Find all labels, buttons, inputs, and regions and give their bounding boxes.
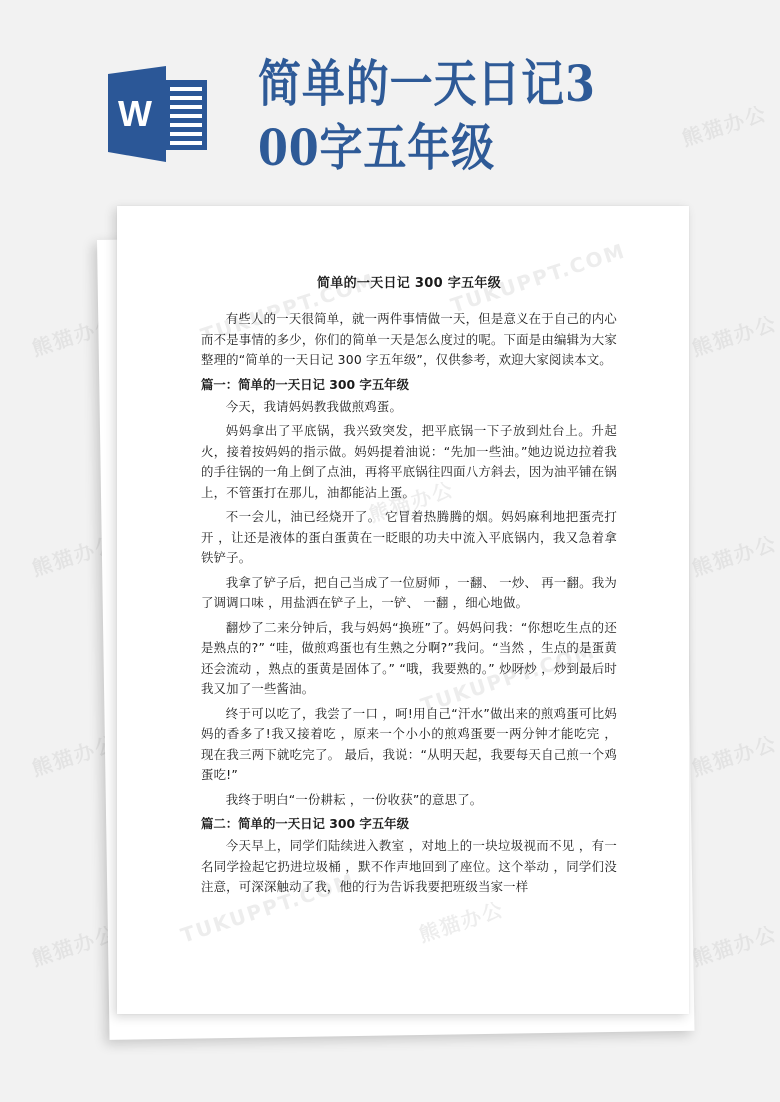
paragraph: 我终于明白“一份耕耘 ，一份收获”的意思了。	[201, 790, 617, 811]
paragraph: 今天早上，同学们陆续进入教室 ，对地上的一块垃圾视而不见 ，有一名同学捡起它扔进…	[201, 836, 617, 898]
section-heading: 篇二：简单的一天日记 300 字五年级	[201, 814, 617, 834]
svg-text:W: W	[118, 93, 152, 134]
section-heading: 篇一：简单的一天日记 300 字五年级	[201, 375, 617, 395]
paragraph: 终于可以吃了，我尝了一口 ，呵!用自己“汗水”做出来的煎鸡蛋可比妈妈的香多了!我…	[201, 704, 617, 786]
banner-title: 简单的一天日记300字五年级	[258, 52, 619, 180]
watermark: 熊猫办公	[688, 307, 780, 362]
watermark: 熊猫办公	[678, 97, 771, 152]
document-body: 简单的一天日记 300 字五年级 有些人的一天很简单，就一两件事情做一天，但是意…	[201, 272, 617, 902]
watermark: 熊猫办公	[28, 917, 121, 972]
word-document-icon: W	[108, 66, 208, 162]
paragraph: 翻炒了二来分钟后，我与妈妈“换班”了。妈妈问我：“你想吃生点的还是熟点的?” “…	[201, 618, 617, 700]
watermark: 熊猫办公	[688, 727, 780, 782]
watermark: 熊猫办公	[688, 527, 780, 582]
paragraph: 妈妈拿出了平底锅，我兴致突发，把平底锅一下子放到灶台上。升起火，接着按妈妈的指示…	[201, 421, 617, 503]
document-page[interactable]: TUKUPPT.COM TUKUPPT.COM 熊猫办公 TUKUPPT.COM…	[117, 206, 689, 1014]
watermark: 熊猫办公	[688, 917, 780, 972]
intro-paragraph: 有些人的一天很简单，就一两件事情做一天，但是意义在于自己的内心而不是事情的多少，…	[201, 309, 617, 371]
paragraph: 今天，我请妈妈教我做煎鸡蛋。	[201, 397, 617, 418]
paragraph: 我拿了铲子后，把自己当成了一位厨师 ，一翻、 一炒、 再一翻。我为了调调口味 ，…	[201, 573, 617, 614]
document-title: 简单的一天日记 300 字五年级	[201, 272, 617, 291]
paragraph: 不一会儿，油已经烧开了。 它冒着热腾腾的烟。妈妈麻利地把蛋壳打开 ，让还是液体的…	[201, 507, 617, 569]
